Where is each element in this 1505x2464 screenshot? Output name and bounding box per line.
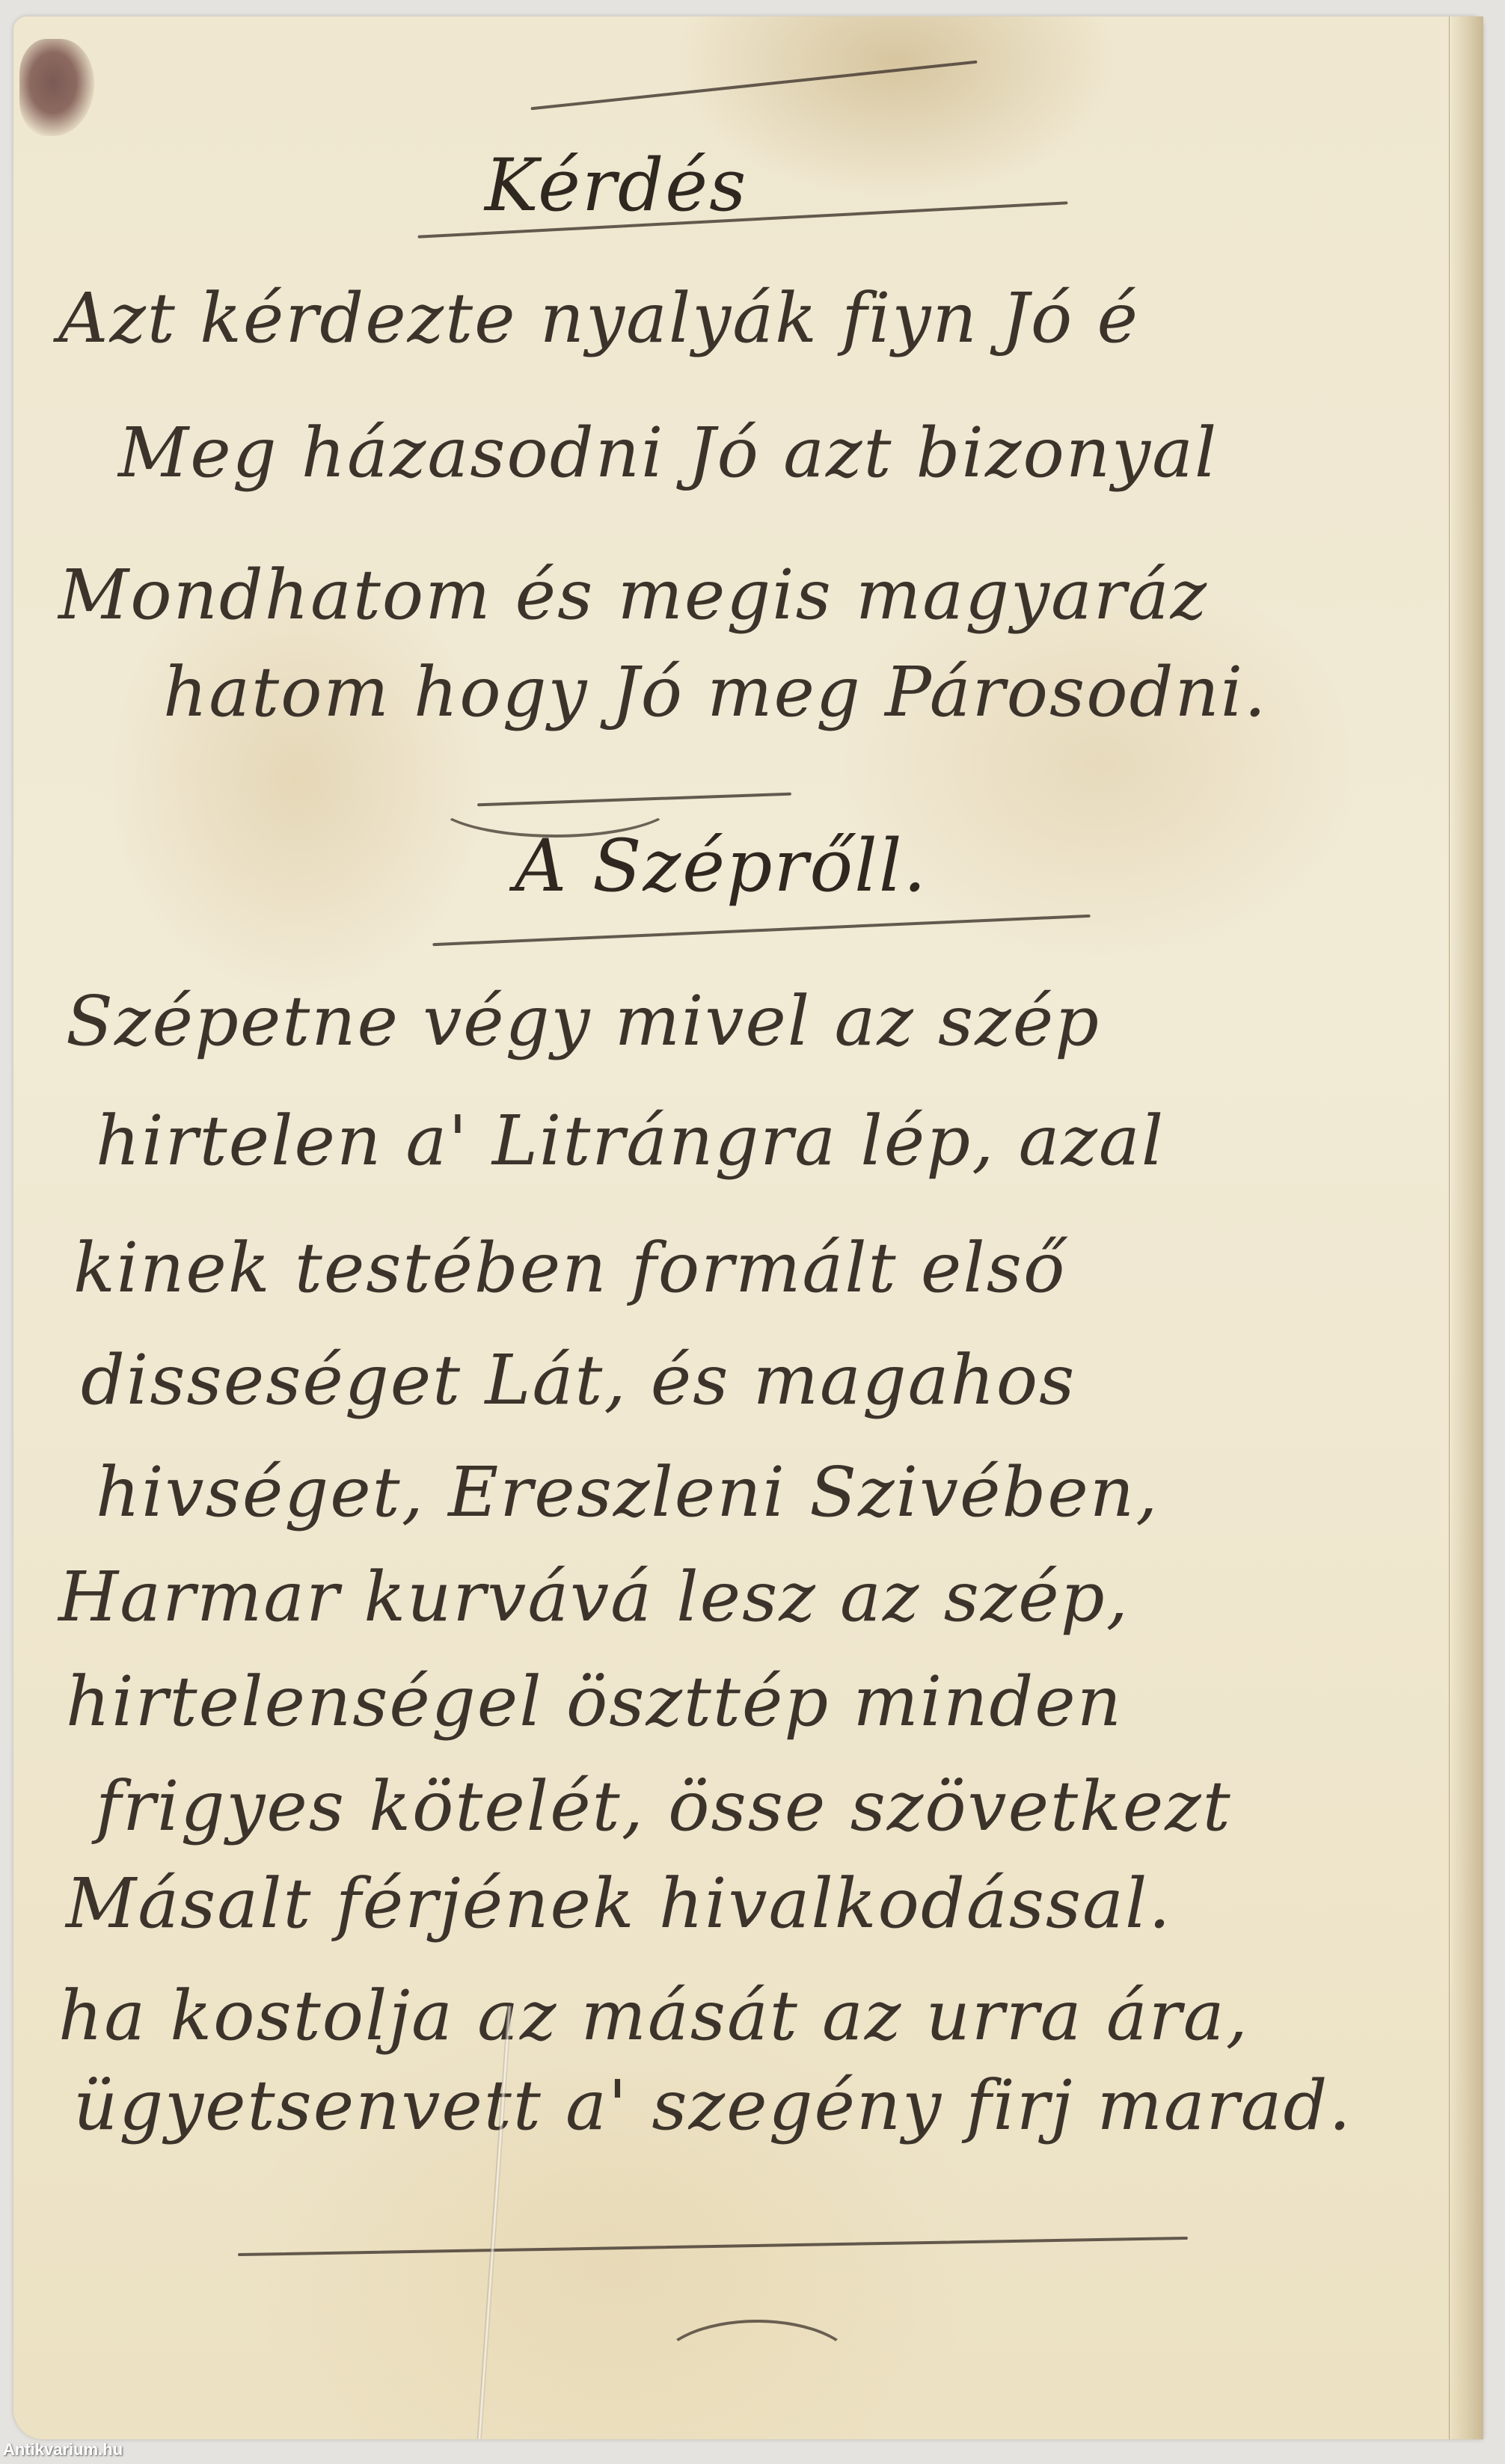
text-line: frigyes kötelét, össe szövetkezt (96, 1766, 1232, 1846)
text-line: hirtelenségel öszttép minden (66, 1662, 1123, 1742)
section2-heading: A Széprőll. (515, 824, 928, 908)
text-line: ügyetsenvett a' szegény firj marad. (73, 2065, 1352, 2145)
text-line: Azt kérdezte nyalyák fiyn Jó é (58, 278, 1139, 358)
text-line: Másalt férjének hivalkodással. (66, 1864, 1172, 1944)
text-line: hirtelen a' Litrángra lép, azal (96, 1101, 1165, 1181)
closing-rule (238, 2237, 1188, 2256)
watermark: Antikvarium.hu (3, 2440, 123, 2460)
text-line: Meg házasodni Jó azt bizonyal (118, 413, 1218, 493)
text-line: hatom hogy Jó meg Párosodni. (163, 652, 1267, 732)
text-line: Harmar kurvává lesz az szép, (58, 1557, 1129, 1637)
top-rule (530, 61, 977, 111)
section1-heading: Kérdés (485, 144, 747, 227)
text-line: Szépetne végy mivel az szép (66, 981, 1100, 1061)
text-line: hivséget, Ereszleni Szivében, (96, 1452, 1159, 1532)
manuscript-page: Kérdés Azt kérdezte nyalyák fiyn Jó é Me… (13, 16, 1483, 2439)
text-line: kinek testében formált első (73, 1228, 1066, 1308)
page-edge (1449, 16, 1483, 2439)
text-line: disseséget Lát, és magahos (81, 1340, 1076, 1420)
text-line: Mondhatom és megis magyaráz (58, 555, 1208, 635)
heading2-underline (432, 915, 1090, 946)
text-line: ha kostolja az mását az urra ára, (58, 1976, 1249, 2056)
corner-stain (19, 39, 94, 136)
closing-flourish (657, 2320, 857, 2415)
